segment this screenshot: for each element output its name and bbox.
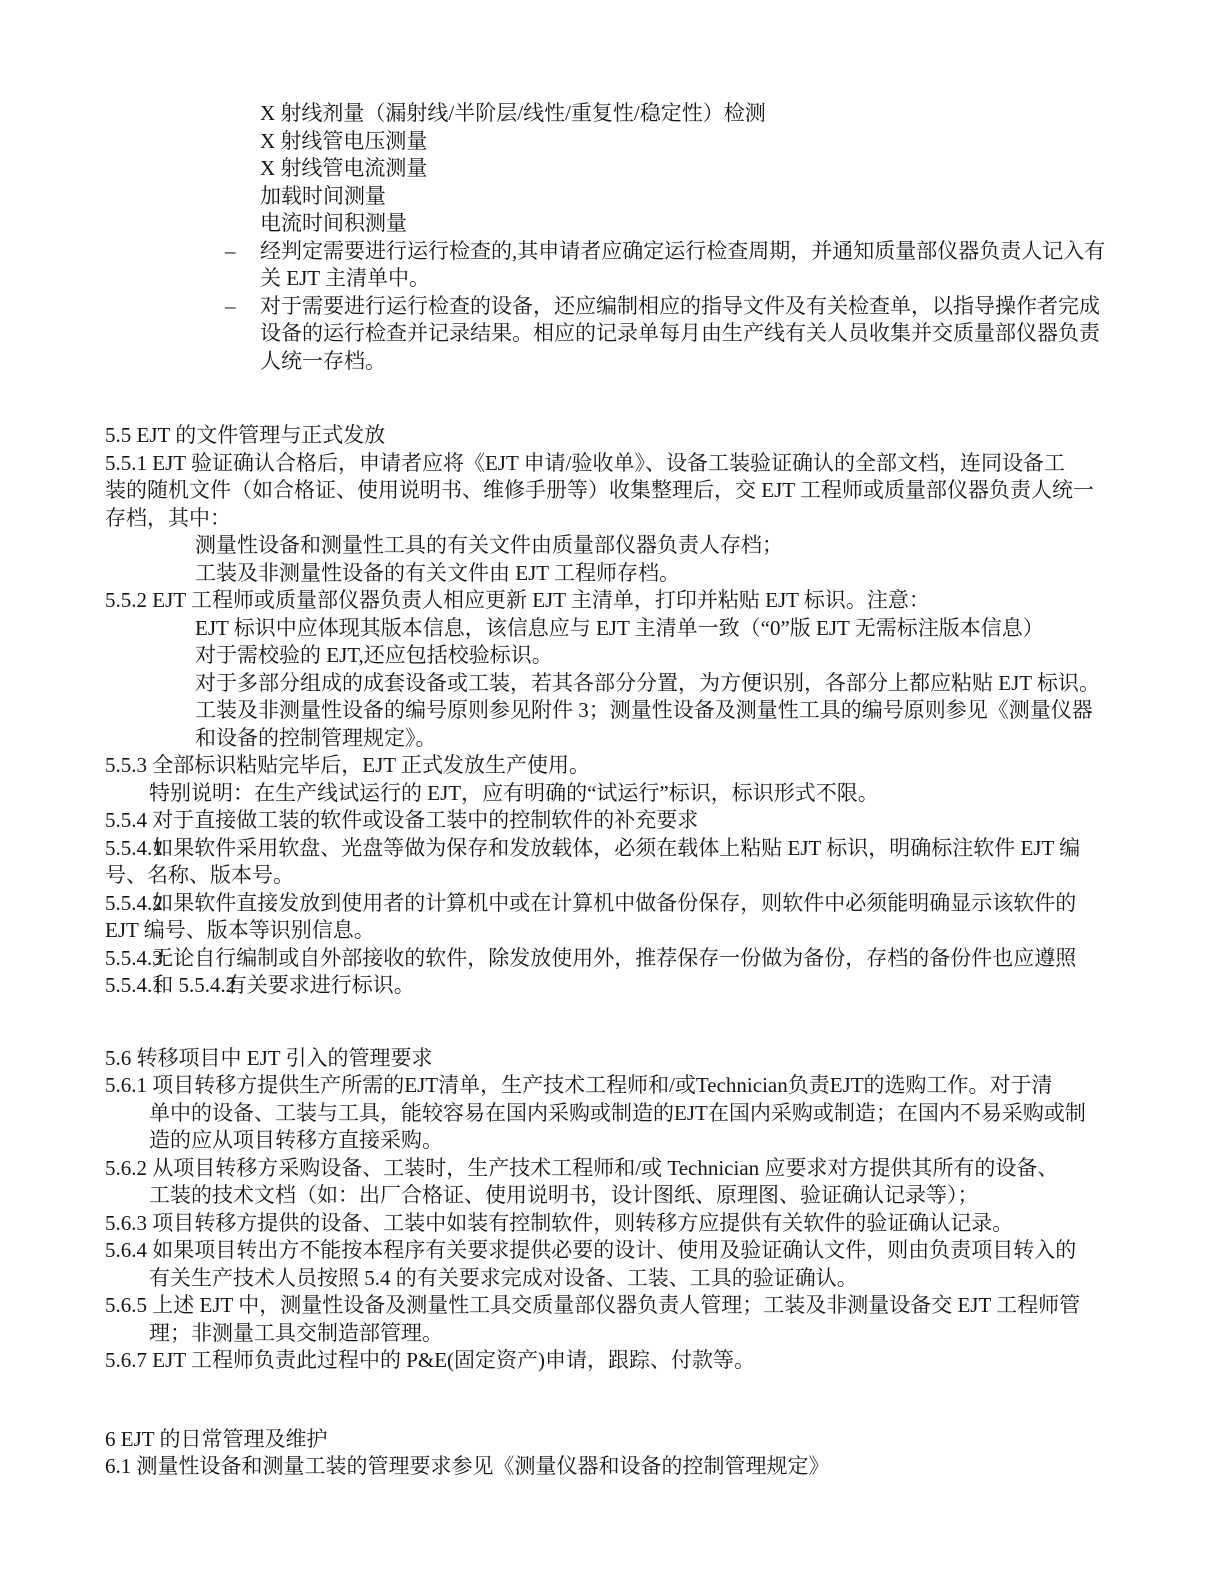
- clause-5-5-1: 5.5.1 EJT 验证确认合格后，申请者应将《EJT 申请/验收单》、设备工装…: [105, 450, 1169, 478]
- clause-5-5-4-3-continuation: 5.5.4.1和 5.5.4.2有关要求进行标识。: [105, 972, 1169, 1000]
- clause-5-6-2-continuation: 工装的技术文档（如：出厂合格证、使用说明书，设计图纸、原理图、验证确认记录等）；: [149, 1182, 1169, 1210]
- clause-text: 如果软件直接发放到使用者的计算机中或在计算机中做备份保存，则软件中必须能明确显示…: [152, 891, 1076, 915]
- clause-5-6-2: 5.6.2 从项目转移方采购设备、工装时，生产技术工程师和/或 Technici…: [105, 1155, 1169, 1183]
- clause-5-5-2-subitem: EJT 标识中应体现其版本信息，该信息应与 EJT 主清单一致（“0”版 EJT…: [195, 615, 1169, 643]
- clause-number: 5.5.4.: [105, 891, 152, 915]
- clause-5-5-4-3: 5.5.4.3无论自行编制或自外部接收的软件，除发放使用外，推荐保存一份做为备份…: [105, 945, 1169, 973]
- clause-5-5-2-subitem: 对于多部分组成的成套设备或工装，若其各部分分置，为方便识别，各部分上都应粘贴 E…: [195, 670, 1169, 698]
- clause-text: 无论自行编制或自外部接收的软件，除发放使用外，推荐保存一份做为备份，存档的备份件…: [152, 946, 1076, 970]
- list-item-tube-voltage: X 射线管电压测量: [260, 128, 1169, 156]
- clause-5-5-4-2-continuation: EJT 编号、版本等识别信息。: [105, 917, 1169, 945]
- dash-bullet-continuation: 人统一存档。: [260, 348, 1169, 376]
- clause-5-6-5: 5.6.5 上述 EJT 中，测量性设备及测量性工具交质量部仪器负责人管理；工装…: [105, 1292, 1169, 1320]
- list-item-xray-dose: X 射线剂量（漏射线/半阶层/线性/重复性/稳定性）检测: [260, 100, 1169, 128]
- clause-5-5-1-continuation: 存档，其中：: [105, 505, 1169, 533]
- clause-5-6-3: 5.6.3 项目转移方提供的设备、工装中如装有控制软件，则转移方应提供有关软件的…: [105, 1210, 1169, 1238]
- dash-bullet-text: 经判定需要进行运行检查的,其申请者应确定运行检查周期，并通知质量部仪器负责人记入…: [260, 239, 1105, 263]
- dash-bullet-text: 对于需要进行运行检查的设备，还应编制相应的指导文件及有关检查单，以指导操作者完成: [260, 294, 1100, 318]
- clause-5-6-1: 5.6.1 项目转移方提供生产所需的EJT清单，生产技术工程师和/或Techni…: [105, 1072, 1169, 1100]
- clause-5-6-7: 5.6.7 EJT 工程师负责此过程中的 P&E(固定资产)申请，跟踪、付款等。: [105, 1347, 1169, 1375]
- clause-5-5-2-subitem-continuation: 和设备的控制管理规定》。: [195, 725, 1169, 753]
- dash-bullet-line: –经判定需要进行运行检查的,其申请者应确定运行检查周期，并通知质量部仪器负责人记…: [225, 238, 1169, 266]
- document-page: X 射线剂量（漏射线/半阶层/线性/重复性/稳定性）检测 X 射线管电压测量 X…: [0, 0, 1224, 1584]
- clause-5-5-4-1-continuation: 号、名称、版本号。: [105, 862, 1169, 890]
- section-heading-5-6: 5.6 转移项目中 EJT 引入的管理要求: [105, 1045, 1169, 1073]
- clause-5-5-4-1: 5.5.4.1如果软件采用软盘、光盘等做为保存和发放载体，必须在载体上粘贴 EJ…: [105, 835, 1169, 863]
- clause-text: 有关要求进行标识。: [226, 973, 415, 997]
- dash-bullet: –: [225, 238, 260, 266]
- clause-5-6-4-continuation: 有关生产技术人员按照 5.4 的有关要求完成对设备、工装、工具的验证确认。: [149, 1265, 1169, 1293]
- clause-ref: 和 5.5.4.: [152, 973, 226, 997]
- clause-ref: 5.5.4.: [105, 973, 152, 997]
- clause-5-6-1-continuation: 造的应从项目转移方直接采购。: [149, 1127, 1169, 1155]
- dash-bullet-continuation: 关 EJT 主清单中。: [260, 265, 1169, 293]
- clause-text: 如果软件采用软盘、光盘等做为保存和发放载体，必须在载体上粘贴 EJT 标识，明确…: [152, 836, 1080, 860]
- dash-bullet-line: –对于需要进行运行检查的设备，还应编制相应的指导文件及有关检查单，以指导操作者完…: [225, 293, 1169, 321]
- section-heading-6: 6 EJT 的日常管理及维护: [105, 1426, 1169, 1454]
- section-heading-5-5: 5.5 EJT 的文件管理与正式发放: [105, 422, 1169, 450]
- list-item-loading-time: 加载时间测量: [260, 183, 1169, 211]
- list-item-mas: 电流时间积测量: [260, 210, 1169, 238]
- dash-bullet: –: [225, 293, 260, 321]
- clause-number: 5.5.4.: [105, 946, 152, 970]
- clause-5-5-3-note: 特别说明：在生产线试运行的 EJT，应有明确的“试运行”标识，标识形式不限。: [149, 780, 1169, 808]
- clause-5-5-2: 5.5.2 EJT 工程师或质量部仪器负责人相应更新 EJT 主清单，打印并粘贴…: [105, 587, 1169, 615]
- dash-bullet-continuation: 设备的运行检查并记录结果。相应的记录单每月由生产线有关人员收集并交质量部仪器负责: [260, 320, 1169, 348]
- clause-number: 5.5.4.: [105, 836, 152, 860]
- clause-6-1: 6.1 测量性设备和测量工装的管理要求参见《测量仪器和设备的控制管理规定》: [105, 1453, 1169, 1481]
- clause-5-6-4: 5.6.4 如果项目转出方不能按本程序有关要求提供必要的设计、使用及验证确认文件…: [105, 1237, 1169, 1265]
- clause-5-5-1-subitem: 工装及非测量性设备的有关文件由 EJT 工程师存档。: [195, 560, 1169, 588]
- clause-5-5-4: 5.5.4 对于直接做工装的软件或设备工装中的控制软件的补充要求: [105, 807, 1169, 835]
- list-item-tube-current: X 射线管电流测量: [260, 155, 1169, 183]
- clause-5-5-3: 5.5.3 全部标识粘贴完毕后，EJT 正式发放生产使用。: [105, 752, 1169, 780]
- clause-5-5-1-continuation: 装的随机文件（如合格证、使用说明书、维修手册等）收集整理后，交 EJT 工程师或…: [105, 477, 1169, 505]
- clause-5-6-5-continuation: 理；非测量工具交制造部管理。: [149, 1320, 1169, 1348]
- clause-5-5-2-subitem: 对于需校验的 EJT,还应包括校验标识。: [195, 642, 1169, 670]
- clause-5-5-1-subitem: 测量性设备和测量性工具的有关文件由质量部仪器负责人存档；: [195, 532, 1169, 560]
- clause-5-5-2-subitem: 工装及非测量性设备的编号原则参见附件 3；测量性设备及测量性工具的编号原则参见《…: [195, 697, 1169, 725]
- clause-5-5-4-2: 5.5.4.2如果软件直接发放到使用者的计算机中或在计算机中做备份保存，则软件中…: [105, 890, 1169, 918]
- clause-5-6-1-continuation: 单中的设备、工装与工具，能较容易在国内采购或制造的EJT在国内采购或制造；在国内…: [149, 1100, 1169, 1128]
